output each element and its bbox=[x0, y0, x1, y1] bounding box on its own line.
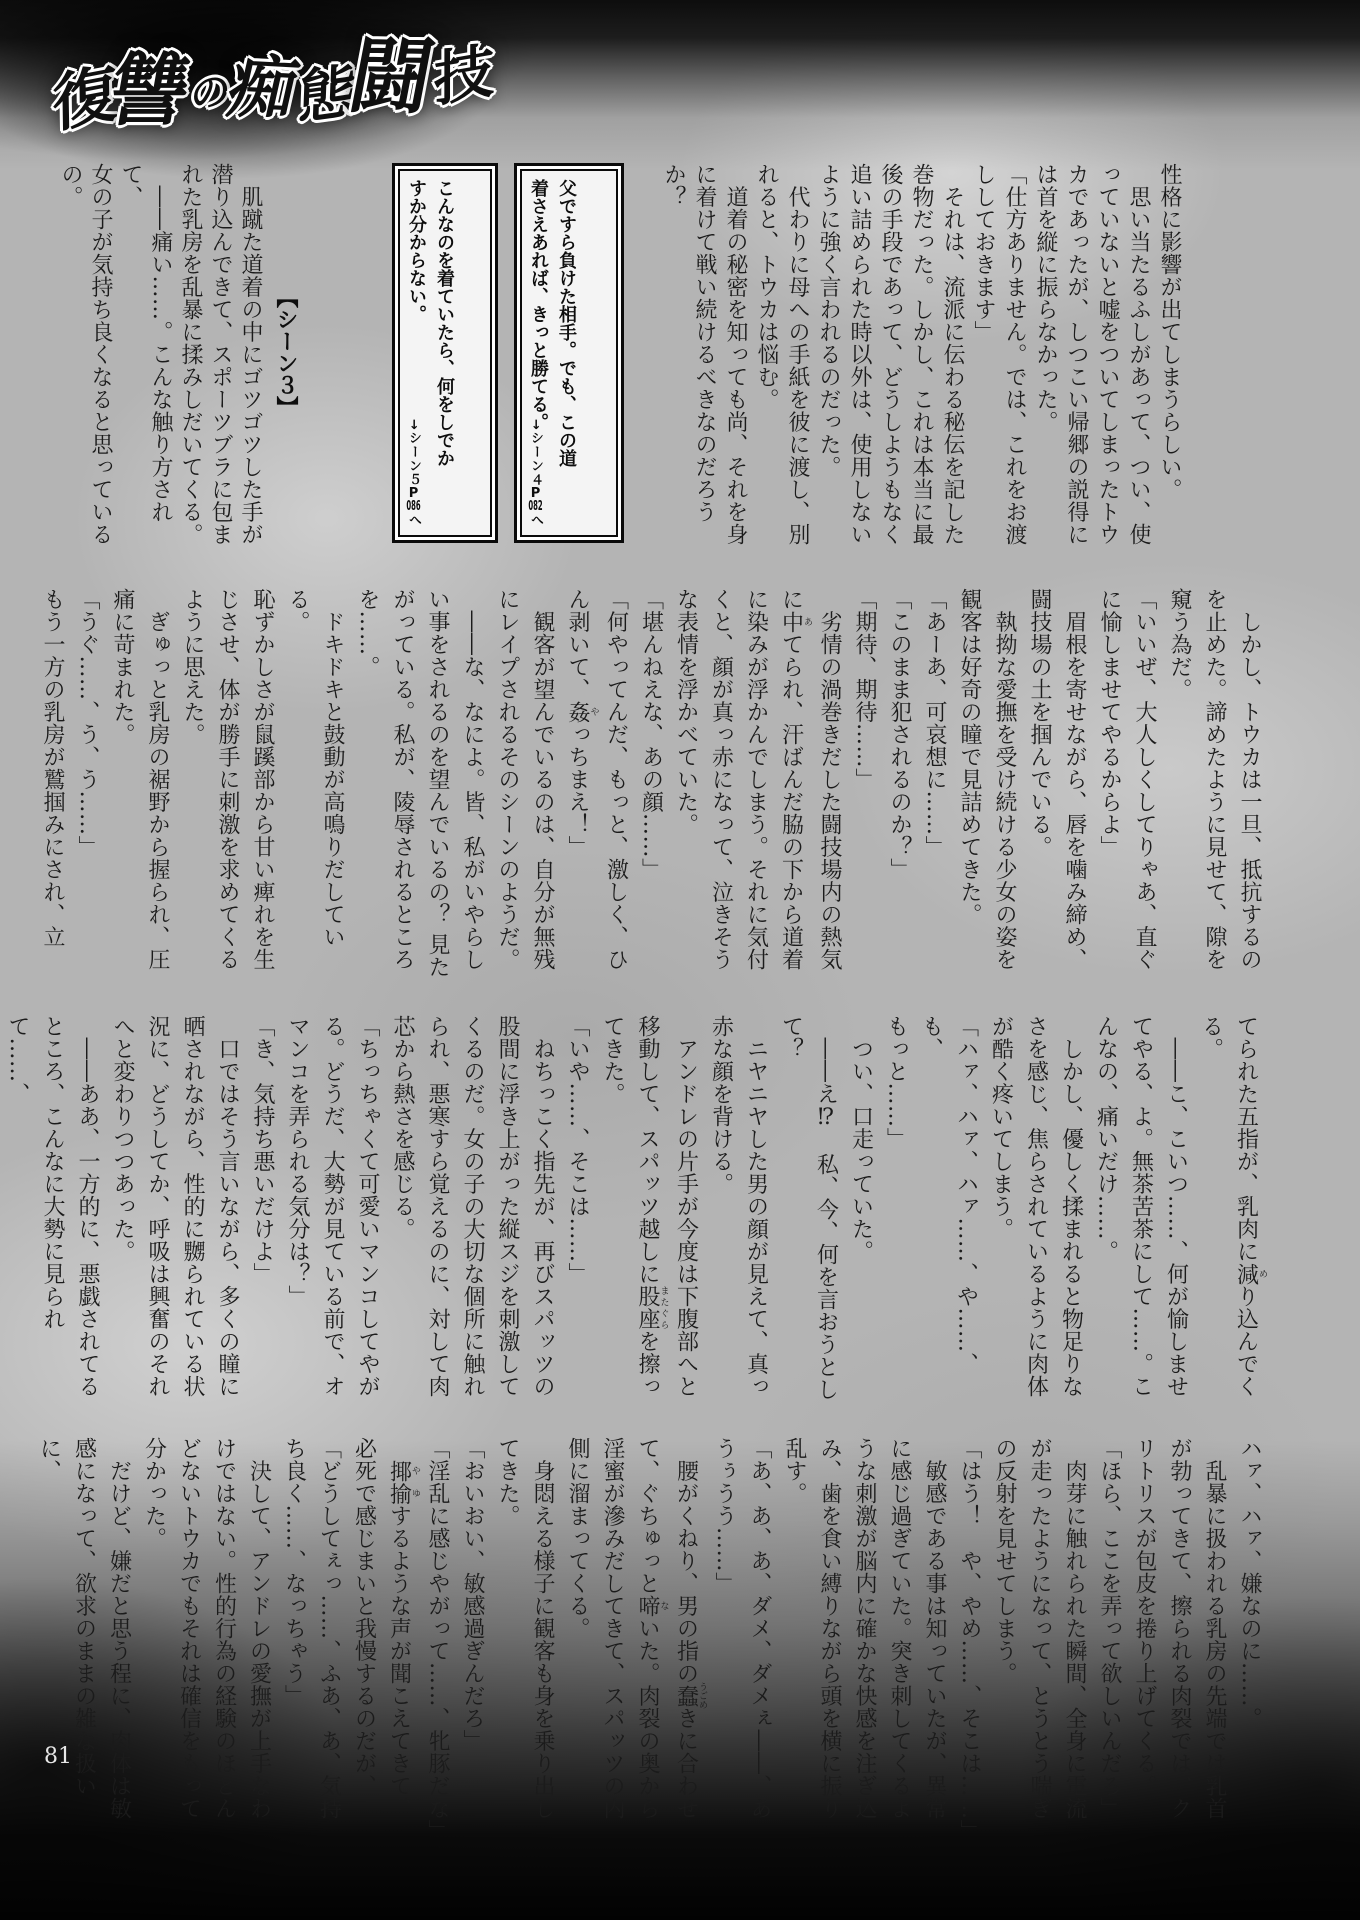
text-column: 必死で感じまいと我慢するのだが、 bbox=[347, 1437, 382, 1833]
goto-scene4-label: →シーン４P082へ bbox=[526, 419, 545, 527]
text-column: 「ほら、ここを弄って欲しいんだろ」 bbox=[1092, 1437, 1127, 1833]
text-column: 潜り込んできて、スポーツブラに包ま bbox=[205, 163, 235, 559]
text-band-3: てられた五指が、乳肉に減めり込んでくる。 ――こ、こいつ……、何が愉しませてやる… bbox=[0, 1015, 1267, 1411]
text-column: 「ハァ、ハァ、ハァ……、や……、も、 bbox=[914, 1015, 984, 1411]
text-column: こんなのを着ていたら、何をしでか bbox=[430, 179, 458, 527]
choice-box-scene4[interactable]: 父ですら負けた相手。でも、この道着さえあれば、きっと勝てる。 →シーン４P082… bbox=[514, 163, 624, 543]
choice-box-scene5[interactable]: こんなのを着ていたら、何をしでかすか分からない。 →シーン５P086へ bbox=[392, 163, 498, 543]
goto-page-letter: P bbox=[528, 487, 543, 500]
text-column: れると、トウカは悩む。 bbox=[751, 163, 782, 559]
text-column: 移動して、スパッツ越しに股座またぐらを擦っ bbox=[630, 1015, 669, 1411]
text-column: 晒されながら、性的に嬲られている状 bbox=[175, 1015, 210, 1411]
text-column: 痛に苛まれた。 bbox=[105, 588, 140, 984]
text-column: アンドレの片手が今度は下腹部へと bbox=[669, 1015, 704, 1411]
text-column: 巻物だった。しかし、これは本当に最 bbox=[906, 163, 937, 559]
text-column: ドキドキと鼓動が高鳴りだしている。 bbox=[280, 588, 350, 984]
text-column: を……。 bbox=[350, 588, 385, 984]
text-column: ん剥いて、姦やっちまえ！」 bbox=[560, 588, 599, 984]
text-column: へと変わりつつあった。 bbox=[105, 1015, 140, 1411]
text-column: 性格に影響が出てしまうらしい。 bbox=[1154, 163, 1185, 559]
goto-page-number: 082 bbox=[528, 500, 543, 513]
text-column: 「どうしてぇっ……、ふあ、あ、気持 bbox=[312, 1437, 347, 1833]
goto-page-suffix: へ bbox=[528, 513, 543, 527]
text-column: 側に溜まってくる。 bbox=[560, 1437, 595, 1833]
text-column: ところ、こんなに大勢に見られて……、 bbox=[0, 1015, 70, 1411]
text-column: の。 bbox=[55, 163, 85, 559]
text-column: ハァ、ハァ、嫌なのに……。 bbox=[1232, 1437, 1267, 1833]
text-column: 「いいぜ、大人しくしてりゃあ、直ぐ bbox=[1127, 588, 1162, 984]
text-column: 決して、アンドレの愛撫が上手なわ bbox=[242, 1437, 277, 1833]
choice-box-scene5-inner: こんなのを着ていたら、何をしでかすか分からない。 →シーン５P086へ bbox=[398, 169, 492, 537]
text-column: さを感じ、焦らされているように肉体 bbox=[1019, 1015, 1054, 1411]
text-column: 父ですら負けた相手。でも、この道 bbox=[552, 179, 580, 527]
page-number: 81 bbox=[44, 1744, 72, 1769]
text-column: み、歯を食い縛りながら頭を横に振り bbox=[812, 1437, 847, 1833]
text-column: 「はう！ や、やめ……、そこは……」 bbox=[952, 1437, 987, 1833]
text-column: 道着の秘密を知っても尚、それを身 bbox=[720, 163, 751, 559]
text-band-1-continued: 肌蹴た道着の中にゴツゴツした手が潜り込んできて、スポーツブラに包まれた乳房を乱暴… bbox=[55, 163, 265, 559]
title-letter: 技 bbox=[434, 23, 494, 119]
text-column: が勃ってきて、擦られる肉裂では、ク bbox=[1162, 1437, 1197, 1833]
scene-3-header: 【シーン３】 bbox=[270, 286, 301, 418]
text-column: 腰がくねり、男の指の蠢うごめきに合わせ bbox=[669, 1437, 708, 1833]
text-column: 口ではそう言いながら、多くの瞳に bbox=[210, 1015, 245, 1411]
text-column: 分かった。 bbox=[137, 1437, 172, 1833]
text-column: 「このまま犯されるのか？」 bbox=[882, 588, 917, 984]
goto-scene5-label: →シーン５P086へ bbox=[404, 419, 423, 527]
title-letter: 闘 bbox=[341, 10, 445, 130]
text-column: ――こ、こいつ……、何が愉しませ bbox=[1159, 1015, 1194, 1411]
text-column: 「き、気持ち悪いだけよ」 bbox=[245, 1015, 280, 1411]
text-column: 「おいおい、敏感過ぎんだろ」 bbox=[455, 1437, 490, 1833]
text-column: リトリスが包皮を捲り上げてくる。 bbox=[1127, 1437, 1162, 1833]
text-column: る。 bbox=[1194, 1015, 1229, 1411]
text-column: っていないと嘘をついてしまったトウ bbox=[1092, 163, 1123, 559]
title-logo: 復讐の痴態闘技 bbox=[49, 7, 497, 147]
text-column: てきた。 bbox=[595, 1015, 630, 1411]
text-column: しかし、トウカは一旦、抵抗するの bbox=[1232, 588, 1267, 984]
text-column: 窺う為だ。 bbox=[1162, 588, 1197, 984]
text-column: ニヤニヤした男の顔が見えて、真っ bbox=[739, 1015, 774, 1411]
text-column: 敏感である事は知っていたが、異常 bbox=[917, 1437, 952, 1833]
text-column: に愉しませてやるからよ」 bbox=[1092, 588, 1127, 984]
text-column: ――え⁉ 私、今、何を言おうとし bbox=[809, 1015, 844, 1411]
text-column: にレイプされるそのシーンのようだ。 bbox=[490, 588, 525, 984]
text-column: 後の手段であって、どうしようもなく bbox=[875, 163, 906, 559]
text-column: られ、悪寒すら覚えるのに、対して肉 bbox=[420, 1015, 455, 1411]
text-column: 揶揄やゆするような声が聞こえてきて、 bbox=[382, 1437, 421, 1833]
text-column: 股間に浮き上がった縦スジを刺激して bbox=[490, 1015, 525, 1411]
text-column: ように思えた。 bbox=[175, 588, 210, 984]
text-column: マンコを弄られる気分は？」 bbox=[280, 1015, 315, 1411]
text-column: けではない。性的行為の経験のほとん bbox=[207, 1437, 242, 1833]
text-column: 観客は好奇の瞳で見詰めてきた。 bbox=[952, 588, 987, 984]
text-column: それは、流派に伝わる秘伝を記した bbox=[937, 163, 968, 559]
text-column: つい、口走っていた。 bbox=[844, 1015, 879, 1411]
text-column: 思い当たるふしがあって、つい、使 bbox=[1123, 163, 1154, 559]
text-column: 「いや……、そこは……」 bbox=[560, 1015, 595, 1411]
text-column: 「ちっちゃくて可愛いマンコしてやが bbox=[350, 1015, 385, 1411]
text-band-1: 性格に影響が出てしまうらしい。 思い当たるふしがあって、つい、使っていないと嘘を… bbox=[658, 163, 1185, 559]
text-column: ――ああ、一方的に、悪戯されてる bbox=[70, 1015, 105, 1411]
text-column: しかし、優しく揉まれると物足りな bbox=[1054, 1015, 1089, 1411]
text-column: 乱す。 bbox=[777, 1437, 812, 1833]
text-column: 身悶える様子に観客も身を乗り出し bbox=[525, 1437, 560, 1833]
text-column: 況に、どうしてか、呼吸は興奮のそれ bbox=[140, 1015, 175, 1411]
text-column: 恥ずかしさが鼠蹊部から甘い痺れを生 bbox=[245, 588, 280, 984]
text-column: うぅうう……」 bbox=[707, 1437, 742, 1833]
title-letter: 痴 bbox=[220, 32, 309, 133]
text-column: れた乳房を乱暴に揉みしだいてくる。 bbox=[175, 163, 205, 559]
text-column: 「淫乱に感じやがって……、牝豚だな」 bbox=[420, 1437, 455, 1833]
text-column: が走ったようになって、とうとう喘ぎ bbox=[1022, 1437, 1057, 1833]
text-column: ――な、なによ。皆、私がいやらし bbox=[455, 588, 490, 984]
text-column: る。どうだ、大勢が見ている前で、オ bbox=[315, 1015, 350, 1411]
text-column: てきた。 bbox=[490, 1437, 525, 1833]
text-column: 「あ、あ、あ、ダメ、ダメぇ――、あ bbox=[742, 1437, 777, 1833]
text-column: 乱暴に扱われる乳房の先端では乳首 bbox=[1197, 1437, 1232, 1833]
text-column: もっと……」 bbox=[879, 1015, 914, 1411]
text-column: 眉根を寄せながら、唇を噛み締め、 bbox=[1057, 588, 1092, 984]
text-column: じさせ、体が勝手に刺激を求めてくる bbox=[210, 588, 245, 984]
text-column: だけど、嫌だと思う程に、肉体は敏 bbox=[102, 1437, 137, 1833]
text-column: もう一方の乳房が鷲掴みにされ、立 bbox=[35, 588, 70, 984]
text-column: に着けて戦い続けるべきなのだろう bbox=[689, 163, 720, 559]
book-page: 復讐の痴態闘技 性格に影響が出てしまうらしい。 思い当たるふしがあって、つい、使… bbox=[0, 0, 1360, 1920]
choice-box-scene4-inner: 父ですら負けた相手。でも、この道着さえあれば、きっと勝てる。 →シーン４P082… bbox=[520, 169, 618, 537]
text-column: か？ bbox=[658, 163, 689, 559]
text-column: 「あーあ、可哀想に……」 bbox=[917, 588, 952, 984]
text-band-4: ハァ、ハァ、嫌なのに……。 乱暴に扱われる乳房の先端では乳首が勃ってきて、擦られ… bbox=[32, 1437, 1268, 1833]
text-column: 感になって、欲求のままの雑な扱いに、 bbox=[32, 1437, 102, 1833]
text-column: うな刺激が脳内に確かな快感を注ぎ込 bbox=[847, 1437, 882, 1833]
text-column: に感じ過ぎていた。突き刺してくるよ bbox=[882, 1437, 917, 1833]
text-column: ねちっこく指先が、再びスパッツの bbox=[525, 1015, 560, 1411]
text-column: 執拗な愛撫を受け続ける少女の姿を bbox=[987, 588, 1022, 984]
text-column: 女の子が気持ち良くなると思っている bbox=[85, 163, 115, 559]
text-column: 淫蜜が滲みだしてきて、スパッツの内 bbox=[595, 1437, 630, 1833]
text-column: カであったが、しつこい帰郷の説得に bbox=[1061, 163, 1092, 559]
goto-page-number: 086 bbox=[406, 500, 421, 513]
text-column: てやる、よ。無茶苦茶にして……。こ bbox=[1124, 1015, 1159, 1411]
goto-page-letter: P bbox=[406, 487, 421, 500]
text-column: てられた五指が、乳肉に減めり込んでく bbox=[1229, 1015, 1268, 1411]
text-column: 闘技場の土を掴んでいる。 bbox=[1022, 588, 1057, 984]
text-column: が酷く疼いてしまう。 bbox=[984, 1015, 1019, 1411]
text-column: 「期待、期待……」 bbox=[847, 588, 882, 984]
text-column: な表情を浮かべていた。 bbox=[669, 588, 704, 984]
text-column: 劣情の渦巻きだした闘技場内の熱気 bbox=[812, 588, 847, 984]
text-column: て、ぐちゅっと啼ないた。肉裂の奥から bbox=[630, 1437, 669, 1833]
text-column: ように強く言われるのだった。 bbox=[813, 163, 844, 559]
text-column: ししておきます」 bbox=[968, 163, 999, 559]
text-column: ――痛い……。こんな触り方されて、 bbox=[115, 163, 175, 559]
text-column: 芯から熱さを感じる。 bbox=[385, 1015, 420, 1411]
text-band-2: しかし、トウカは一旦、抵抗するのを止めた。諦めたように見せて、隙を窺う為だ。「い… bbox=[35, 588, 1267, 984]
text-column: どないトウカでもそれは確信をもって bbox=[172, 1437, 207, 1833]
text-column: 「何やってんだ、もっと、激しく、ひ bbox=[599, 588, 634, 984]
text-column: 「堪んねえな、あの顔……」 bbox=[634, 588, 669, 984]
text-column: て？ bbox=[774, 1015, 809, 1411]
text-column: くるのだ。女の子の大切な個所に触れ bbox=[455, 1015, 490, 1411]
goto-arrow-scene: →シーン５ bbox=[406, 419, 421, 487]
text-column: 肉芽に触れられた瞬間、全身に電流 bbox=[1057, 1437, 1092, 1833]
text-column: 「うぐ……、う、う……」 bbox=[70, 588, 105, 984]
text-column: 追い詰められた時以外は、使用しない bbox=[844, 163, 875, 559]
goto-arrow-scene: →シーン４ bbox=[528, 419, 543, 487]
text-column: を止めた。諦めたように見せて、隙を bbox=[1197, 588, 1232, 984]
text-column: 「仕方ありません。では、これをお渡 bbox=[999, 163, 1030, 559]
text-column: 肌蹴た道着の中にゴツゴツした手が bbox=[235, 163, 265, 559]
text-column: くと、顔が真っ赤になって、泣きそう bbox=[704, 588, 739, 984]
text-column: んなの、痛いだけ……。 bbox=[1089, 1015, 1124, 1411]
text-column: の反射を見せてしまう。 bbox=[987, 1437, 1022, 1833]
text-column: 代わりに母への手紙を彼に渡し、別 bbox=[782, 163, 813, 559]
text-column: がっている。私が、陵辱されるところ bbox=[385, 588, 420, 984]
text-column: は首を縦に振らなかった。 bbox=[1030, 163, 1061, 559]
text-column: ち良く……、なっちゃう」 bbox=[277, 1437, 312, 1833]
goto-page-suffix: へ bbox=[406, 513, 421, 527]
title-letter: 讐 bbox=[103, 28, 200, 141]
text-column: 観客が望んでいるのは、自分が無残 bbox=[525, 588, 560, 984]
text-column: 赤な顔を背ける。 bbox=[704, 1015, 739, 1411]
text-column: い事をされるのを望んでいるの？ 見た bbox=[420, 588, 455, 984]
text-column: に中あてられ、汗ばんだ脇の下から道着 bbox=[774, 588, 813, 984]
text-column: に染みが浮かんでしまう。それに気付 bbox=[739, 588, 774, 984]
text-column: ぎゅっと乳房の裾野から握られ、圧 bbox=[140, 588, 175, 984]
